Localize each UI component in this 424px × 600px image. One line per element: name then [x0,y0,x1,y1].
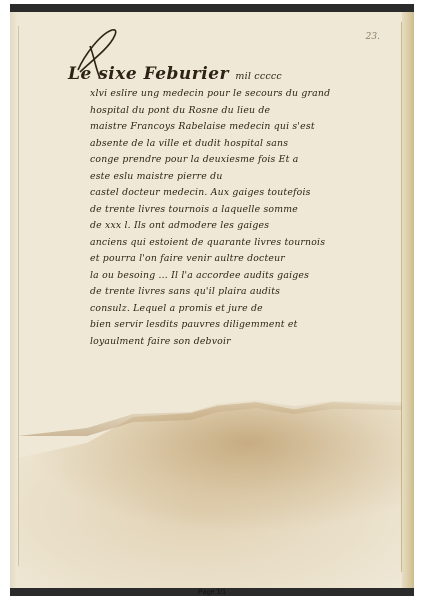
text-line: conge prendre pour la deuxiesme fois Et … [68,154,368,171]
text-line: Le sixe Feburier mil ccccc [68,64,368,88]
folio-number: 23. [366,32,380,42]
text-line: consulz. Lequel a promis et jure de [68,303,368,320]
text-line: anciens qui estoient de quarante livres … [68,237,368,254]
text-line: maistre Francoys Rabelaise medecin qui s… [68,121,368,138]
page-gutter [10,12,18,588]
page-edge [402,12,414,588]
text-line: hospital du pont du Rosne du lieu de [68,105,368,122]
line-rest: mil ccccc [235,71,282,82]
manuscript-page: 23. Le sixe Feburier mil ccccc xlvi esli… [10,12,414,588]
text-line: xlvi eslire ung medecin pour le secours … [68,88,368,105]
text-line: absente de la ville et dudit hospital sa… [68,138,368,155]
text-line: castel docteur medecin. Aux gaiges toute… [68,187,368,204]
text-line: de trente livres tournois a laquelle som… [68,204,368,221]
text-line: de trente livres sans qu'il plaira audit… [68,286,368,303]
text-line: de xxx l. Ils ont admodere les gaiges [68,220,368,237]
line-lead: Le sixe Feburier [68,64,229,84]
page-indicator: Page 1/1 [0,588,424,598]
text-line: bien servir lesdits pauvres diligemment … [68,319,368,336]
text-line: et pourra l'on faire venir aultre docteu… [68,253,368,270]
text-line: la ou besoing ... Il l'a accordee audits… [68,270,368,287]
manuscript-text: Le sixe Feburier mil ccccc xlvi eslire u… [68,64,368,352]
text-line: loyaulment faire son debvoir [68,336,368,353]
text-line: este eslu maistre pierre du [68,171,368,188]
